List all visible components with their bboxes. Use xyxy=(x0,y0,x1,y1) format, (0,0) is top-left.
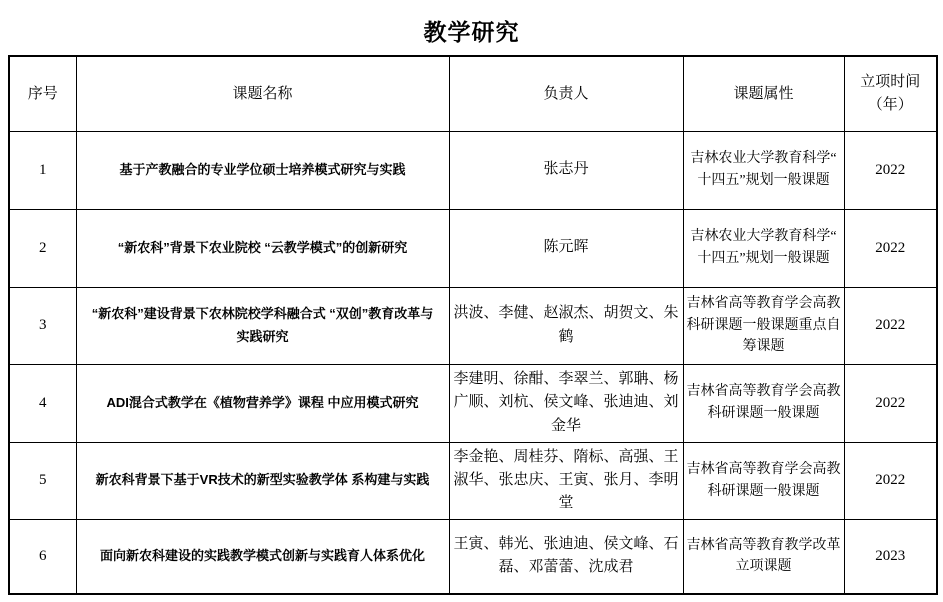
page-title: 教学研究 xyxy=(0,0,943,55)
cell-attribute: 吉林省高等教育教学改革立项课题 xyxy=(683,519,844,594)
table-row: 5 新农科背景下基于VR技术的新型实验教学体 系构建与实践 李金艳、周桂芬、隋标… xyxy=(9,442,937,519)
cell-year: 2022 xyxy=(844,364,937,442)
cell-year: 2023 xyxy=(844,519,937,594)
cell-leader: 张志丹 xyxy=(449,131,683,209)
column-header-name: 课题名称 xyxy=(76,56,449,131)
table-row: 4 ADI混合式教学在《植物营养学》课程 中应用模式研究 李建明、徐酣、李翠兰、… xyxy=(9,364,937,442)
cell-leader: 李金艳、周桂芬、隋标、高强、王淑华、张忠庆、王寅、张月、李明堂 xyxy=(449,442,683,519)
column-header-attribute: 课题属性 xyxy=(683,56,844,131)
cell-attribute: 吉林省高等教育学会高教科研课题一般课题 xyxy=(683,364,844,442)
cell-no: 4 xyxy=(9,364,76,442)
cell-leader: 李建明、徐酣、李翠兰、郭聃、杨广顺、刘杭、侯文峰、张迪迪、刘金华 xyxy=(449,364,683,442)
column-header-year: 立项时间（年） xyxy=(844,56,937,131)
cell-no: 1 xyxy=(9,131,76,209)
research-table: 序号 课题名称 负责人 课题属性 立项时间（年） 1 基于产教融合的专业学位硕士… xyxy=(8,55,938,595)
cell-no: 3 xyxy=(9,287,76,364)
cell-attribute: 吉林农业大学教育科学“十四五”规划一般课题 xyxy=(683,209,844,287)
cell-name: “新农科”背景下农业院校 “云教学模式”的创新研究 xyxy=(76,209,449,287)
cell-name: 新农科背景下基于VR技术的新型实验教学体 系构建与实践 xyxy=(76,442,449,519)
cell-leader: 陈元晖 xyxy=(449,209,683,287)
cell-year: 2022 xyxy=(844,287,937,364)
cell-name: 面向新农科建设的实践教学模式创新与实践育人体系优化 xyxy=(76,519,449,594)
cell-no: 5 xyxy=(9,442,76,519)
cell-name: 基于产教融合的专业学位硕士培养模式研究与实践 xyxy=(76,131,449,209)
cell-attribute: 吉林农业大学教育科学“十四五”规划一般课题 xyxy=(683,131,844,209)
cell-year: 2022 xyxy=(844,209,937,287)
table-row: 1 基于产教融合的专业学位硕士培养模式研究与实践 张志丹 吉林农业大学教育科学“… xyxy=(9,131,937,209)
cell-year: 2022 xyxy=(844,131,937,209)
table-row: 6 面向新农科建设的实践教学模式创新与实践育人体系优化 王寅、韩光、张迪迪、侯文… xyxy=(9,519,937,594)
cell-no: 6 xyxy=(9,519,76,594)
cell-attribute: 吉林省高等教育学会高教科研课题一般课题重点自筹课题 xyxy=(683,287,844,364)
cell-no: 2 xyxy=(9,209,76,287)
header-row: 序号 课题名称 负责人 课题属性 立项时间（年） xyxy=(9,56,937,131)
cell-name: ADI混合式教学在《植物营养学》课程 中应用模式研究 xyxy=(76,364,449,442)
table-row: 3 “新农科”建设背景下农林院校学科融合式 “双创”教育改革与实践研究 洪波、李… xyxy=(9,287,937,364)
column-header-no: 序号 xyxy=(9,56,76,131)
cell-leader: 洪波、李健、赵淑杰、胡贺文、朱鹤 xyxy=(449,287,683,364)
cell-name: “新农科”建设背景下农林院校学科融合式 “双创”教育改革与实践研究 xyxy=(76,287,449,364)
cell-leader: 王寅、韩光、张迪迪、侯文峰、石磊、邓蕾蕾、沈成君 xyxy=(449,519,683,594)
table-row: 2 “新农科”背景下农业院校 “云教学模式”的创新研究 陈元晖 吉林农业大学教育… xyxy=(9,209,937,287)
cell-attribute: 吉林省高等教育学会高教科研课题一般课题 xyxy=(683,442,844,519)
column-header-leader: 负责人 xyxy=(449,56,683,131)
cell-year: 2022 xyxy=(844,442,937,519)
